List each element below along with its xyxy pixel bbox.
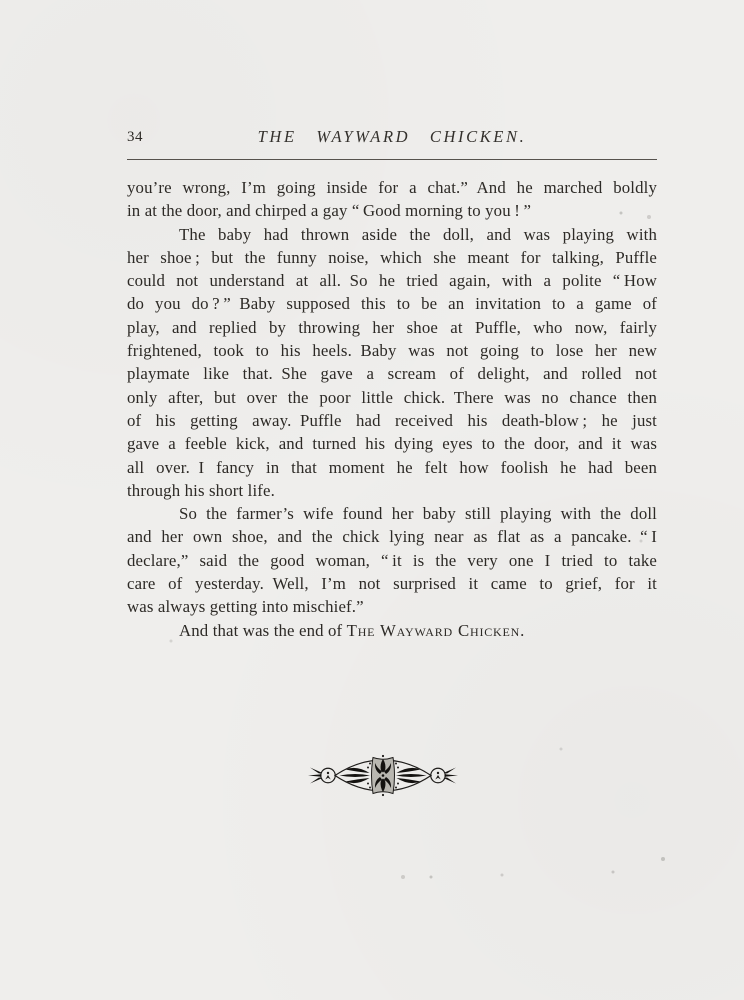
fleuron-ornament-icon [308,753,458,798]
text-line: playmate like that. She gave a scream of… [127,362,657,385]
text-line: was always getting into mischief.” [127,595,657,618]
paragraph: The baby had thrown aside the doll, and … [127,223,657,503]
text-line: all over. I fancy in that moment he felt… [127,456,657,479]
running-header-title: THE WAYWARD CHICKEN. [127,127,657,147]
text-line: gave a feeble kick, and turned his dying… [127,432,657,455]
paragraph-container: you’re wrong, I’m going inside for a cha… [127,176,657,619]
book-title-smallcaps: The Wayward Chicken. [347,621,525,640]
text-line: in at the door, and chirped a gay “ Good… [127,199,657,222]
text-line: of his getting away. Puffle had received… [127,409,657,432]
header-rule [127,159,657,160]
text-line: do you do ? ” Baby supposed this to be a… [127,292,657,315]
closing-line-prefix: And that was the end of [179,621,347,640]
text-line: So the farmer’s wife found her baby stil… [127,502,657,525]
paragraph: So the farmer’s wife found her baby stil… [127,502,657,618]
text-line: The baby had thrown aside the doll, and … [127,223,657,246]
text-line: could not understand at all. So he tried… [127,269,657,292]
closing-line: And that was the end of The Wayward Chic… [127,619,657,642]
text-line: and her own shoe, and the chick lying ne… [127,525,657,548]
paragraph: you’re wrong, I’m going inside for a cha… [127,176,657,223]
text-line: declare,” said the good woman, “ it is t… [127,549,657,572]
text-line: only after, but over the poor little chi… [127,386,657,409]
scanned-book-page: 34 THE WAYWARD CHICKEN. you’re wrong, I’… [0,0,744,1000]
body-text: you’re wrong, I’m going inside for a cha… [127,176,657,642]
text-line: you’re wrong, I’m going inside for a cha… [127,176,657,199]
text-line: her shoe ; but the funny noise, which sh… [127,246,657,269]
text-line: play, and replied by throwing her shoe a… [127,316,657,339]
text-line: through his short life. [127,479,657,502]
text-line: care of yesterday. Well, I’m not surpris… [127,572,657,595]
text-line: frightened, took to his heels. Baby was … [127,339,657,362]
scan-specks [0,0,2,2]
